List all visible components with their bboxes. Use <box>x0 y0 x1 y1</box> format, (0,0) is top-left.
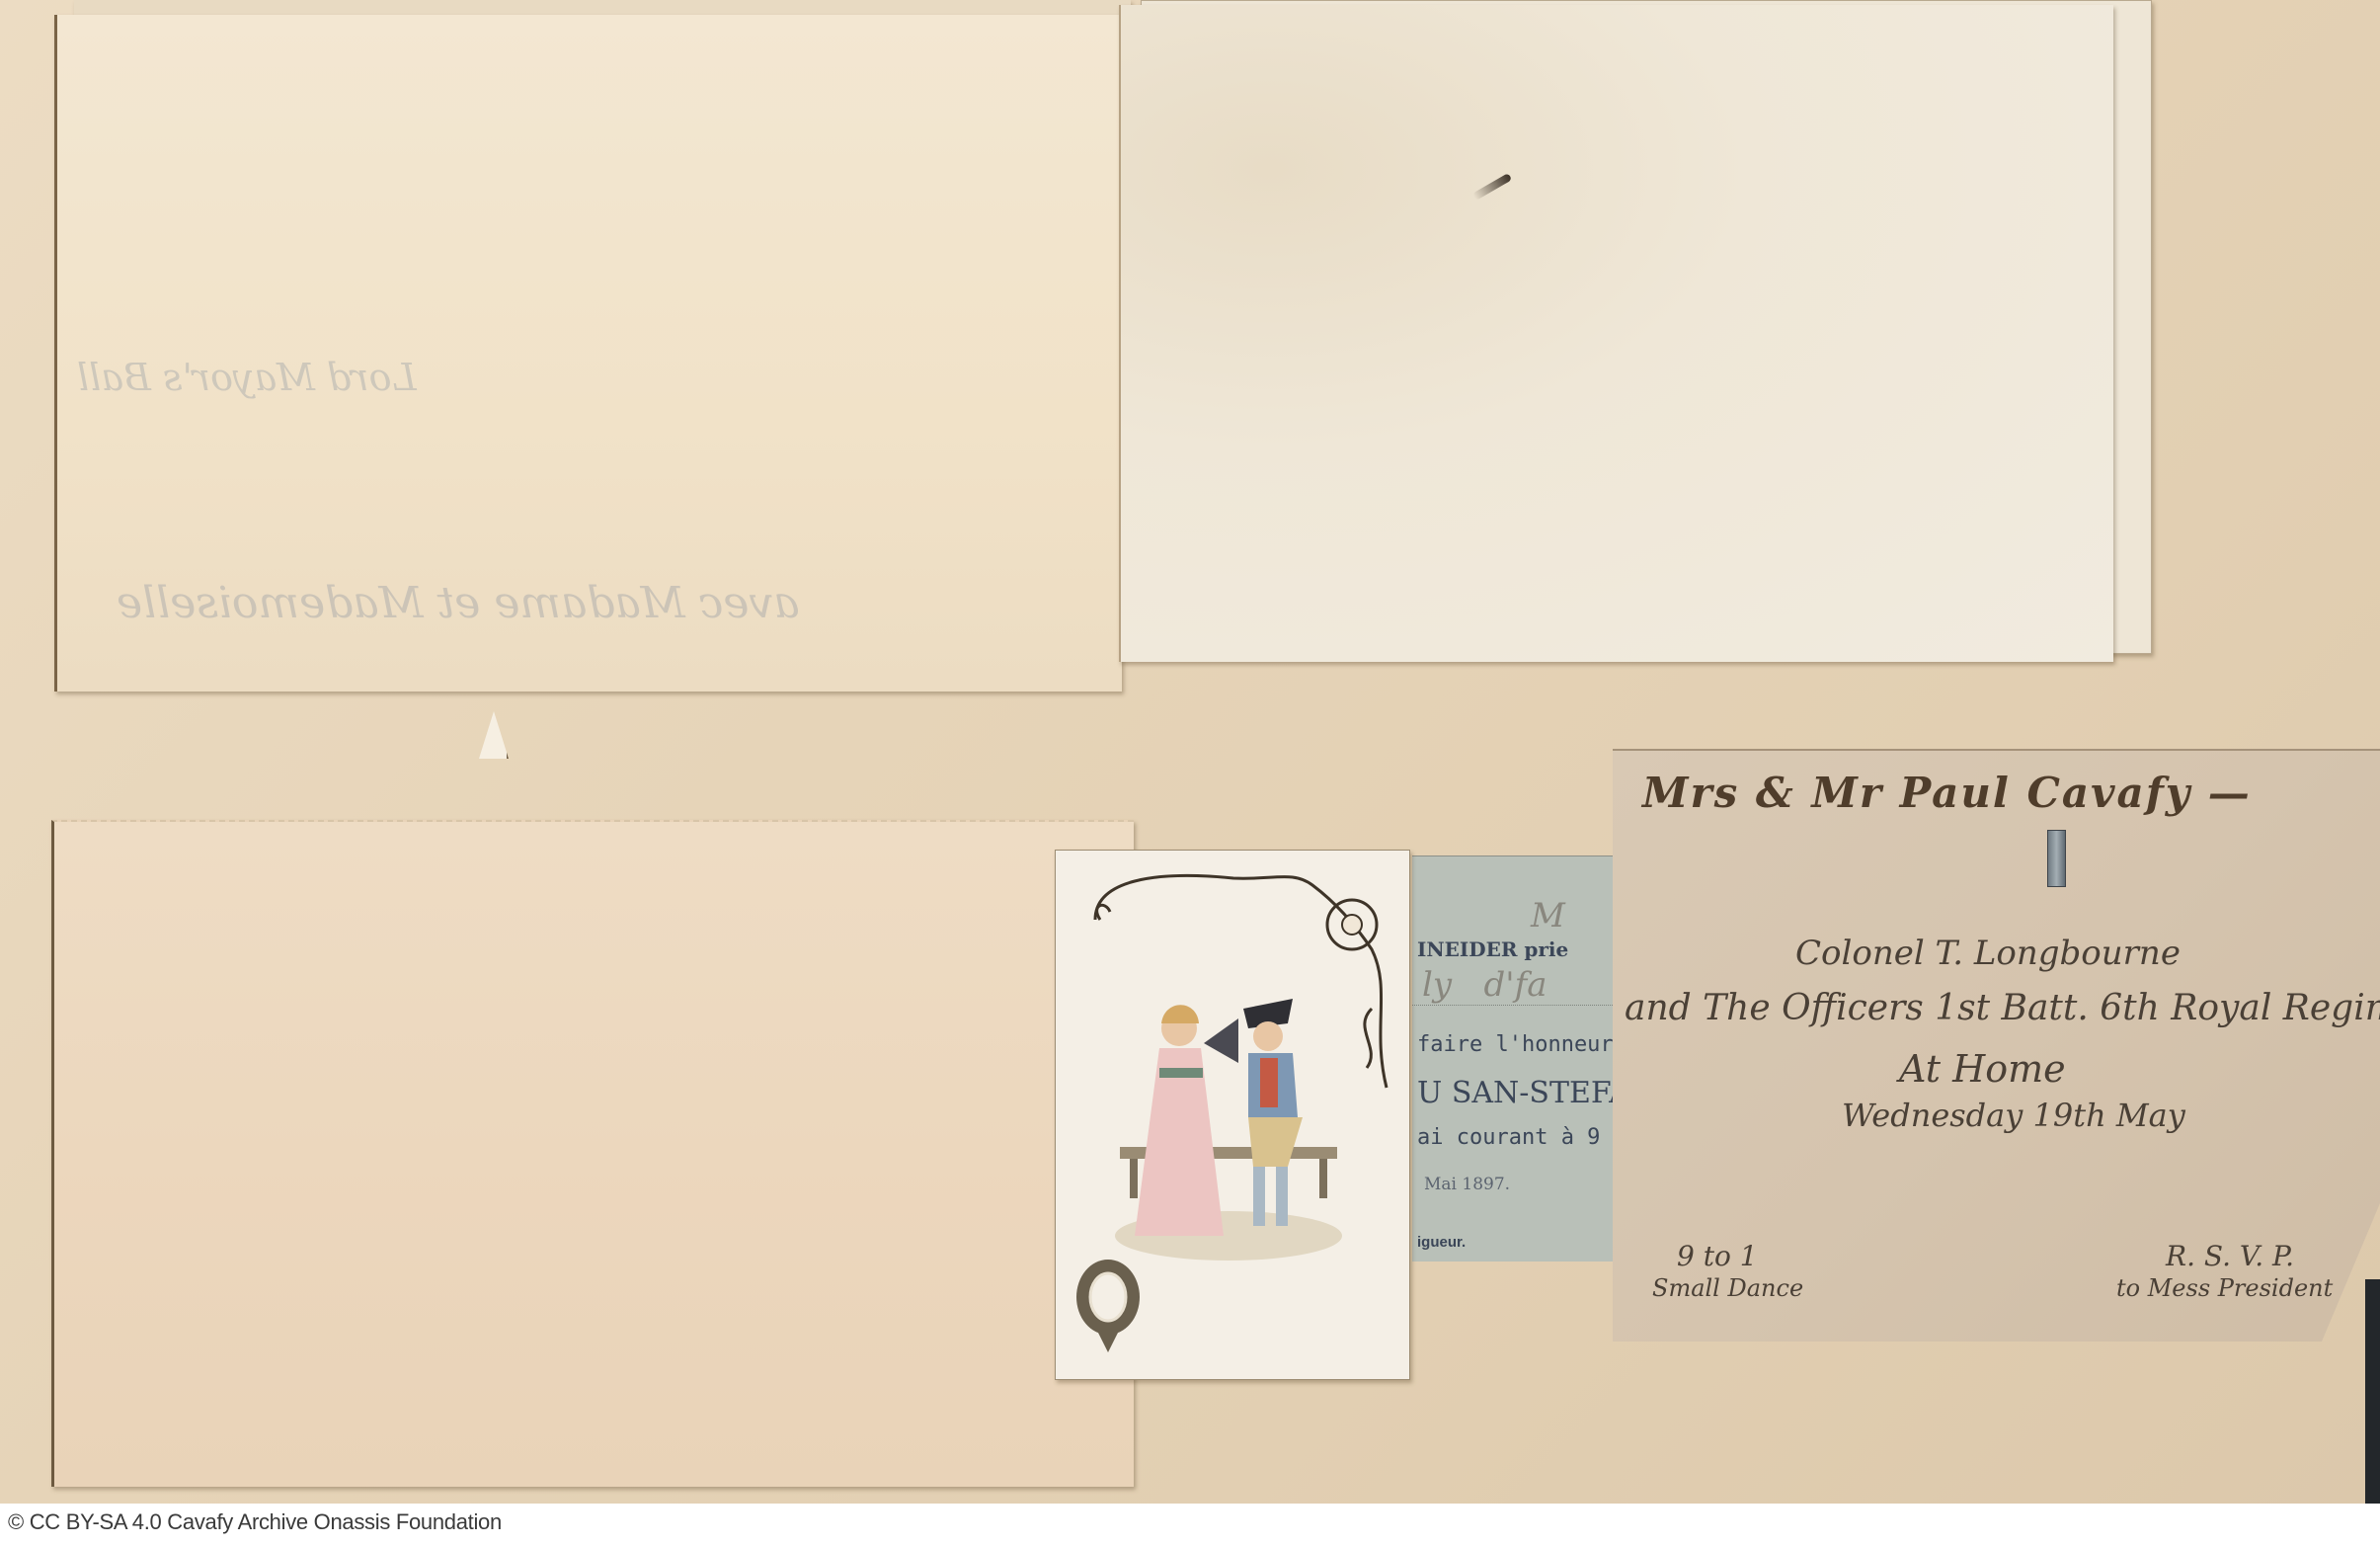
card-line: ai courant à 9 h. <box>1417 1125 1639 1150</box>
card-line: INEIDER prie <box>1417 937 1568 961</box>
illustrated-menu-card <box>1055 850 1410 1380</box>
invitation-rsvp-to: to Mess President <box>2116 1274 2333 1302</box>
metal-clip <box>2047 830 2066 887</box>
album-page: Lord Mayor's Ball avec Madame et Mademoi… <box>0 0 2380 1504</box>
card-line: igueur. <box>1417 1234 1466 1251</box>
handwriting: ly d'fa <box>1422 965 1547 1005</box>
page-edge-shadow <box>2365 1279 2380 1504</box>
envelope-top-right <box>1119 5 2113 662</box>
invitation-time: 9 to 1 <box>1677 1240 1758 1272</box>
handwritten-addressee: Mrs & Mr Paul Cavafy — <box>1642 769 2252 817</box>
couple-illustration-icon <box>1110 969 1347 1265</box>
invitation-event: Small Dance <box>1652 1274 1803 1302</box>
envelope-bottom-left <box>51 820 1134 1487</box>
dotted-line <box>1412 1005 1615 1006</box>
invitation-rsvp: R. S. V. P. <box>2166 1240 2294 1272</box>
bleed-through-text: Lord Mayor's Ball <box>77 356 417 399</box>
hotel-casino-logo-icon <box>1073 1256 1143 1354</box>
handwriting: M <box>1531 896 1565 936</box>
card-line: Mai 1897. <box>1424 1175 1510 1194</box>
invitation-line-2: and The Officers 1st Batt. 6th Royal Reg… <box>1625 988 2380 1028</box>
license-caption: © CC BY-SA 4.0 Cavafy Archive Onassis Fo… <box>8 1509 502 1535</box>
invitation-at-home: At Home <box>1899 1047 2066 1091</box>
at-home-invitation-card: Mrs & Mr Paul Cavafy — Colonel T. Longbo… <box>1613 749 2380 1343</box>
invitation-date: Wednesday 19th May <box>1842 1097 2185 1134</box>
bleed-through-text: avec Madame et Mademoiselle <box>117 578 799 628</box>
torn-paper-tab <box>479 711 509 759</box>
blue-invitation-card: INEIDER prie M ly d'fa faire l'honneur d… <box>1412 855 1615 1262</box>
invitation-host: Colonel T. Longbourne <box>1795 934 2181 973</box>
envelope-top-left: Lord Mayor's Ball avec Madame et Mademoi… <box>54 15 1122 692</box>
